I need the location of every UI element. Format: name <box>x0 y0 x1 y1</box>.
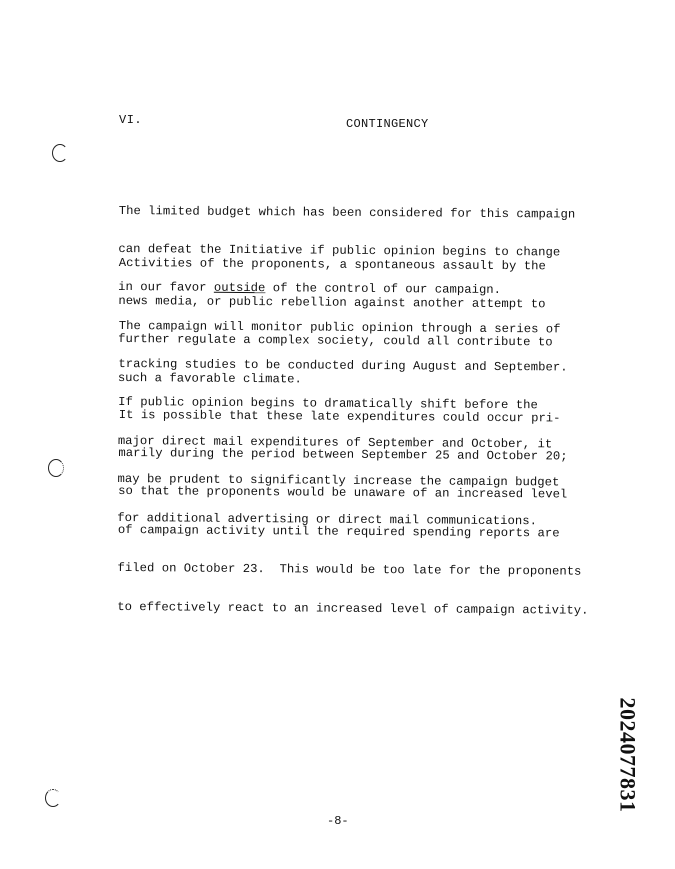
text-line: The campaign will monitor public opinion… <box>119 320 609 337</box>
section-title: CONTINGENCY <box>346 117 429 131</box>
text-line: The limited budget which has been consid… <box>119 205 609 222</box>
text-line: of campaign activity until the required … <box>118 524 608 541</box>
paragraph-late-expenditures: It is possible that these late expenditu… <box>117 383 609 643</box>
document-page: VI. CONTINGENCY The limited budget which… <box>0 0 675 869</box>
bates-number: 2024077831 <box>615 698 641 813</box>
text-line: marily during the period between Septemb… <box>118 447 608 464</box>
binder-hole-icon <box>45 789 61 807</box>
binder-hole-icon <box>48 459 64 477</box>
text-line: filed on October 23. This would be too l… <box>117 562 607 579</box>
binder-hole-icon <box>52 144 68 162</box>
section-number: VI. <box>119 113 142 127</box>
text-line: tracking studies to be conducted during … <box>118 358 608 375</box>
page-number: -8- <box>327 814 349 828</box>
text-line: to effectively react to an increased lev… <box>117 601 607 618</box>
text-line: It is possible that these late expenditu… <box>119 409 609 426</box>
text-line: so that the proponents would be unaware … <box>118 485 608 502</box>
text-line: Activities of the proponents, a spontane… <box>119 257 609 274</box>
